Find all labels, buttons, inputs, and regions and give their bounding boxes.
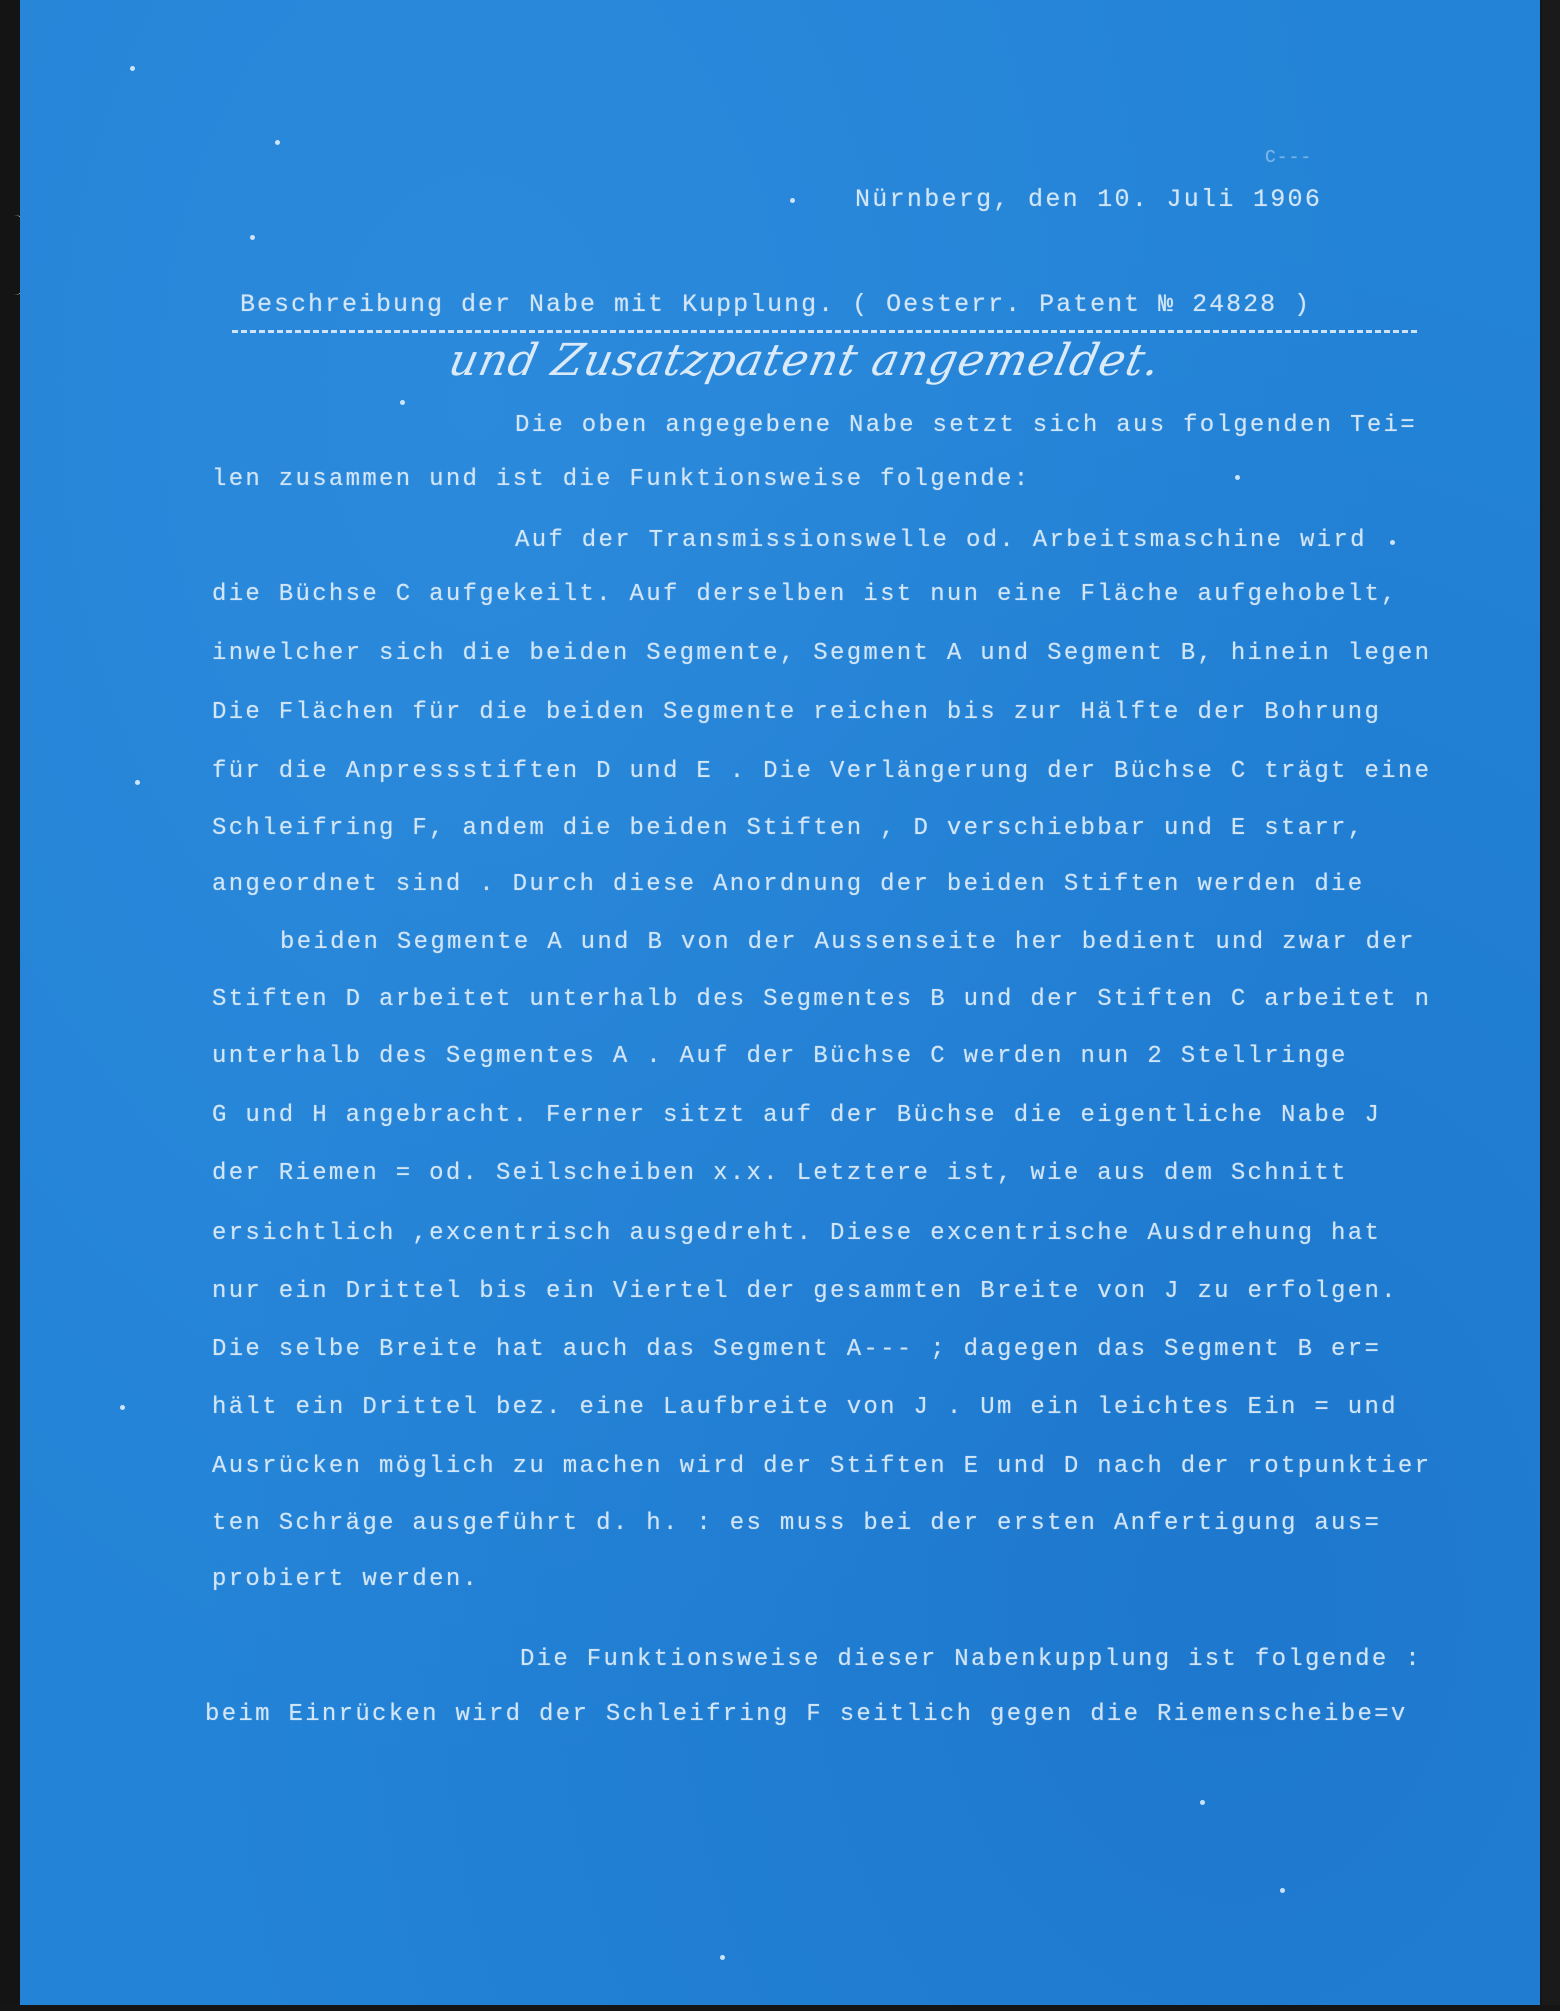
speck	[130, 66, 135, 71]
speck	[720, 1955, 725, 1960]
body-line: Schleifring F, andem die beiden Stiften …	[212, 815, 1364, 842]
body-line: Die selbe Breite hat auch das Segment A-…	[212, 1336, 1381, 1363]
scan-border-left	[0, 0, 20, 2011]
body-line: len zusammen und ist die Funktionsweise …	[212, 466, 1030, 493]
speck	[250, 235, 255, 240]
title-underline	[232, 330, 1417, 333]
body-line: unterhalb des Segmentes A . Auf der Büch…	[212, 1043, 1348, 1070]
faded-stamp: C---	[1265, 148, 1312, 168]
scan-border-bottom	[0, 2005, 1560, 2011]
blueprint-sheet: C--- Nürnberg, den 10. Juli 1906 Beschre…	[20, 0, 1540, 2005]
body-line: Die Funktionsweise dieser Nabenkupplung …	[520, 1646, 1422, 1673]
body-line: ten Schräge ausgeführt d. h. : es muss b…	[212, 1510, 1381, 1537]
body-line: probiert werden.	[212, 1566, 479, 1593]
body-line: Die Flächen für die beiden Segmente reic…	[212, 699, 1381, 726]
scan-border-right	[1542, 0, 1560, 2011]
body-line: Stiften D arbeitet unterhalb des Segment…	[212, 986, 1431, 1013]
speck	[790, 198, 795, 203]
body-line: Ausrücken möglich zu machen wird der Sti…	[212, 1453, 1431, 1480]
body-line: beiden Segmente A und B von der Aussense…	[280, 929, 1416, 956]
body-line: ersichtlich ,excentrisch ausgedreht. Die…	[212, 1220, 1381, 1247]
body-line: der Riemen = od. Seilscheiben x.x. Letzt…	[212, 1160, 1348, 1187]
speck	[135, 780, 140, 785]
speck	[1200, 1800, 1205, 1805]
body-line: hält ein Drittel bez. eine Laufbreite vo…	[212, 1394, 1398, 1421]
body-line: beim Einrücken wird der Schleifring F se…	[205, 1701, 1408, 1728]
body-line: nur ein Drittel bis ein Viertel der gesa…	[212, 1278, 1398, 1305]
document-title: Beschreibung der Nabe mit Kupplung. ( Oe…	[240, 290, 1311, 319]
speck	[120, 1405, 125, 1410]
speck	[1390, 540, 1395, 545]
body-line: Die oben angegebene Nabe setzt sich aus …	[515, 412, 1417, 439]
document-date: Nürnberg, den 10. Juli 1906	[855, 185, 1322, 214]
body-line: für die Anpressstiften D und E . Die Ver…	[212, 758, 1431, 785]
body-line: inwelcher sich die beiden Segmente, Segm…	[212, 640, 1431, 667]
speck	[275, 140, 280, 145]
handwritten-note: und Zusatzpatent angemeldet.	[445, 335, 1166, 386]
speck	[1280, 1888, 1285, 1893]
speck	[1235, 475, 1240, 480]
body-line: die Büchse C aufgekeilt. Auf derselben i…	[212, 581, 1398, 608]
body-line: angeordnet sind . Durch diese Anordnung …	[212, 871, 1364, 898]
speck	[400, 400, 405, 405]
body-line: G und H angebracht. Ferner sitzt auf der…	[212, 1102, 1381, 1129]
body-line: Auf der Transmissionswelle od. Arbeitsma…	[515, 527, 1367, 554]
